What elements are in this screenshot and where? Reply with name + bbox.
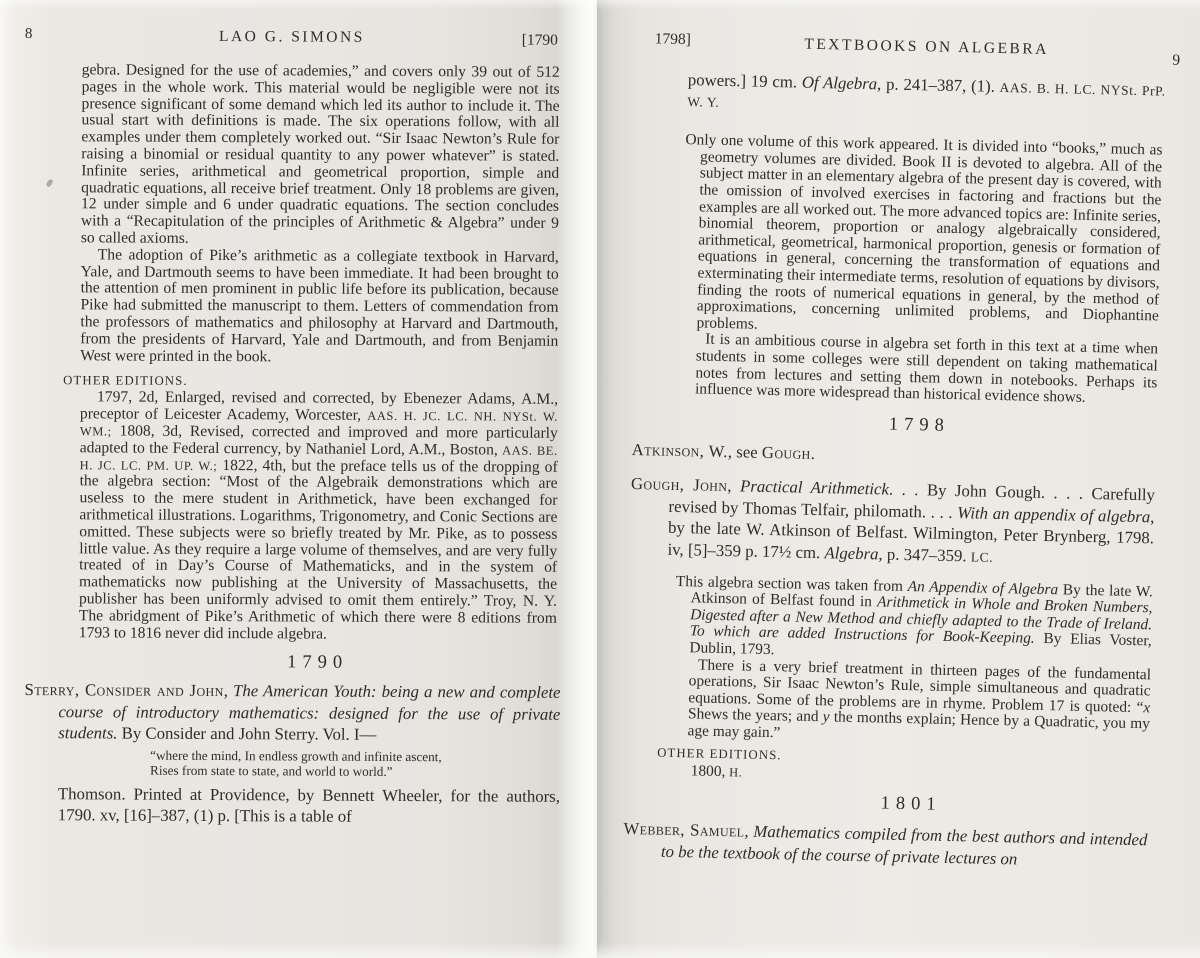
entry-of-algebra-collation: powers.] 19 cm. Of Algebra, p. 241–387, … <box>687 70 1166 122</box>
entry-atkinson: Atkinson, W., see Gough. <box>670 440 1156 472</box>
right-bracket-year: 1798] <box>655 30 692 49</box>
year-heading-1790: 1790 <box>79 652 557 676</box>
left-running-title: LAO G. SIMONS <box>132 28 452 48</box>
book-spread-scan: 8 LAO G. SIMONS [1790 gebra. Designed fo… <box>0 0 1200 958</box>
annotation-gough-content: There is a very brief treatment in thirt… <box>687 657 1151 750</box>
paragraph-pike-continuation: gebra. Designed for the use of academies… <box>81 62 560 249</box>
left-page-number: 8 <box>25 26 33 43</box>
annotation-only-one-volume: Only one volume of this work appeared. I… <box>696 133 1162 342</box>
left-page: 8 LAO G. SIMONS [1790 gebra. Designed fo… <box>0 0 597 958</box>
annotation-gough-source: This algebra section was taken from An A… <box>689 574 1153 667</box>
verse-quote: “where the mind, In endless growth and i… <box>150 748 566 781</box>
entry-sterry-imprint: Thomson. Printed at Providence, by Benne… <box>58 783 560 829</box>
right-page-number: 9 <box>1172 52 1183 70</box>
paragraph-pike-adoption: The adoption of Pike’s arithmetic as a c… <box>80 247 559 367</box>
left-other-editions-text: 1797, 2d, Enlarged, revised and correcte… <box>79 390 558 644</box>
entry-sterry: Sterry, Consider and John, The American … <box>58 679 560 746</box>
year-heading-1798: 1798 <box>680 410 1158 441</box>
year-heading-1801: 1801 <box>672 789 1150 820</box>
entry-webber: Webber, Samuel, Mathematics compiled fro… <box>661 819 1148 873</box>
left-bracket-year: [1790 <box>522 32 558 50</box>
annotation-ambitious-course: It is an ambitious course in algebra set… <box>695 332 1158 408</box>
entry-gough: Gough, John, Practical Arithmetick. . . … <box>667 474 1155 572</box>
right-page: 1798] TEXTBOOKS ON ALGEBRA 9 powers.] 19… <box>597 0 1200 958</box>
left-running-header: 8 LAO G. SIMONS [1790 <box>22 20 570 65</box>
right-running-header: 1798] TEXTBOOKS ON ALGEBRA 9 <box>596 5 1197 76</box>
right-running-title: TEXTBOOKS ON ALGEBRA <box>746 34 1106 60</box>
verse-line-2: Rises from state to state, and world to … <box>150 763 566 781</box>
